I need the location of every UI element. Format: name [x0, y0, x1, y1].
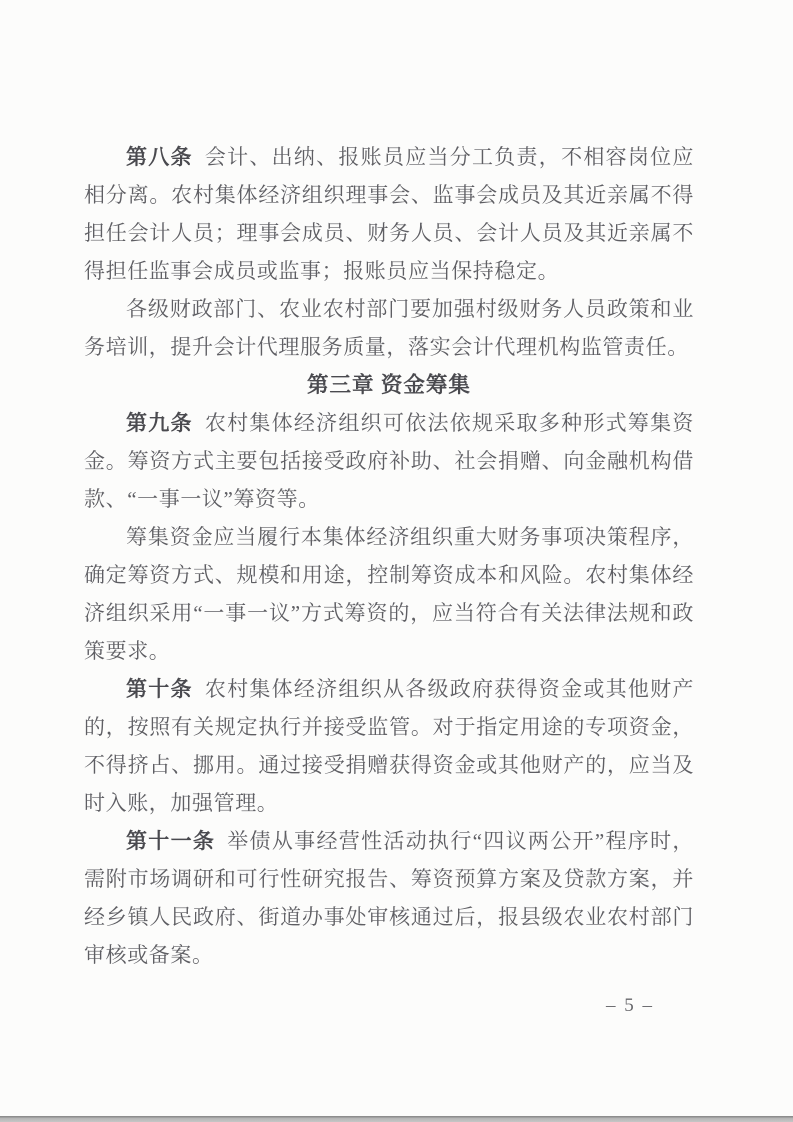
paragraph-article-11: 第十一条举债从事经营性活动执行“四议两公开”程序时，需附市场调研和可行性研究报告… [84, 822, 694, 974]
paragraph-fundraising-procedure: 筹集资金应当履行本集体经济组织重大财务事项决策程序，确定筹资方式、规模和用途，控… [84, 518, 694, 670]
article-8-number: 第八条 [126, 145, 193, 169]
article-9-number: 第九条 [126, 411, 193, 435]
paragraph-article-8: 第八条会计、出纳、报账员应当分工负责，不相容岗位应相分离。农村集体经济组织理事会… [84, 138, 694, 290]
paragraph-article-10: 第十条农村集体经济组织从各级政府获得资金或其他财产的，按照有关规定执行并接受监管… [84, 670, 694, 822]
paragraph-finance-departments: 各级财政部门、农业农村部门要加强村级财务人员政策和业务培训，提升会计代理服务质量… [84, 290, 694, 366]
page-number: – 5 – [606, 995, 654, 1017]
scan-bottom-edge [0, 1116, 793, 1122]
fundraising-procedure-text: 筹集资金应当履行本集体经济组织重大财务事项决策程序，确定筹资方式、规模和用途，控… [84, 525, 694, 663]
chapter-heading: 第三章 资金筹集 [84, 366, 694, 404]
document-content: 第八条会计、出纳、报账员应当分工负责，不相容岗位应相分离。农村集体经济组织理事会… [84, 138, 694, 974]
document-page: 第八条会计、出纳、报账员应当分工负责，不相容岗位应相分离。农村集体经济组织理事会… [0, 0, 793, 1122]
finance-departments-text: 各级财政部门、农业农村部门要加强村级财务人员政策和业务培训，提升会计代理服务质量… [84, 297, 694, 359]
paragraph-article-9: 第九条农村集体经济组织可依法依规采取多种形式筹集资金。筹资方式主要包括接受政府补… [84, 404, 694, 518]
article-11-number: 第十一条 [126, 829, 215, 853]
article-10-number: 第十条 [126, 677, 193, 701]
